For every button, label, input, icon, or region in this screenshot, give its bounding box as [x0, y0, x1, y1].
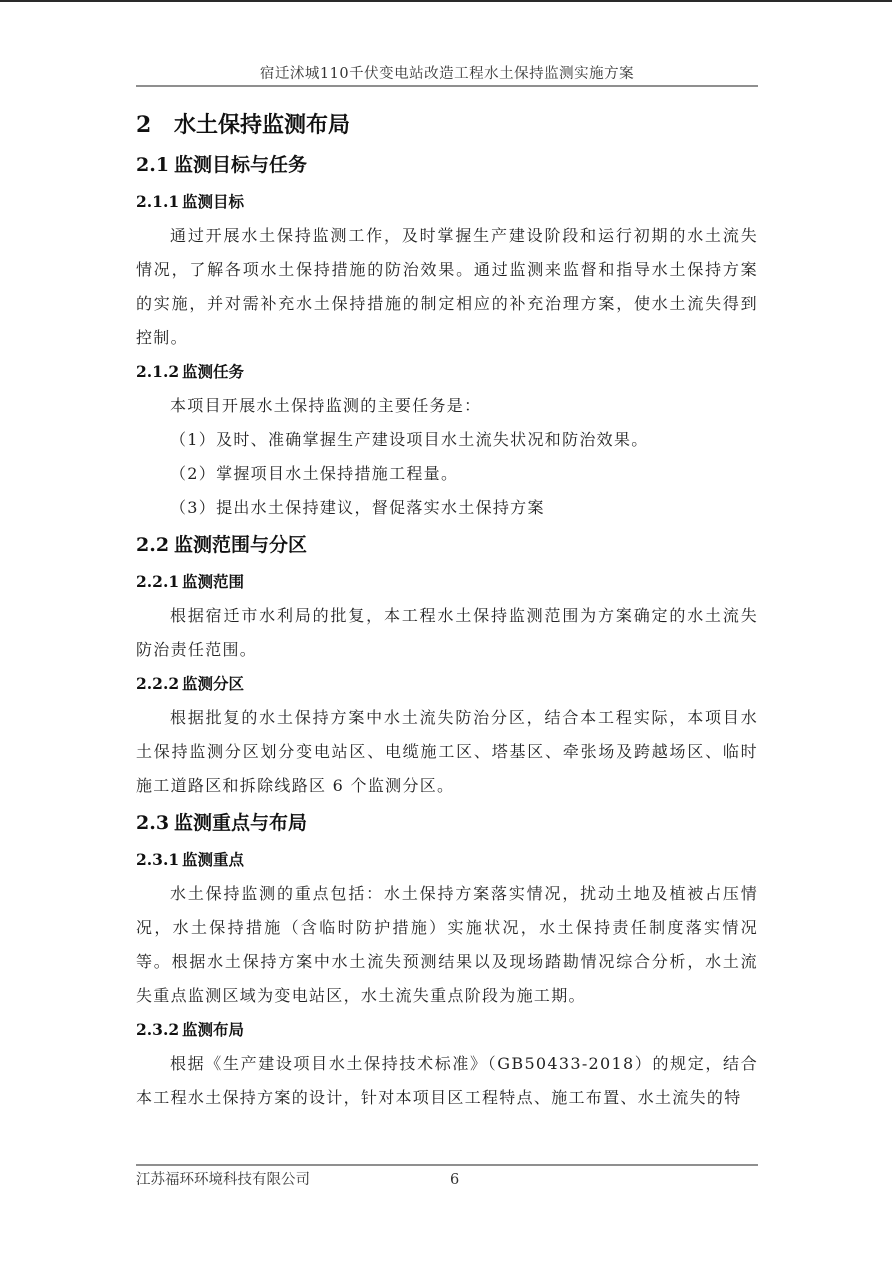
- page-number: 6: [450, 1170, 459, 1190]
- page-top-border: [0, 0, 892, 2]
- subsection-heading-2-1-2: 2.1.2监测任务: [136, 355, 758, 389]
- task-list-item: （1）及时、准确掌握生产建设项目水土流失状况和防治效果。: [136, 423, 758, 457]
- footer-company-name: 江苏福环环境科技有限公司: [136, 1170, 310, 1190]
- subsection-title: 监测分区: [182, 674, 244, 693]
- paragraph-task-intro: 本项目开展水土保持监测的主要任务是：: [136, 389, 758, 423]
- task-list-item: （2）掌握项目水土保持措施工程量。: [136, 457, 758, 491]
- subsection-number: 2.3.1: [136, 843, 182, 877]
- chapter-title: 水土保持监测布局: [174, 112, 350, 138]
- chapter-heading: 2水土保持监测布局: [136, 105, 758, 145]
- subsection-title: 监测范围: [182, 572, 244, 591]
- subsection-title: 监测任务: [182, 362, 244, 381]
- section-number: 2.2: [136, 525, 174, 565]
- subsection-heading-2-2-1: 2.2.1监测范围: [136, 565, 758, 599]
- subsection-number: 2.1.2: [136, 355, 182, 389]
- subsection-title: 监测目标: [182, 192, 244, 211]
- footer-rule: [136, 1164, 758, 1166]
- subsection-number: 2.2.2: [136, 667, 182, 701]
- section-title: 监测范围与分区: [174, 534, 307, 556]
- header-rule: [136, 85, 758, 87]
- subsection-title: 监测重点: [182, 850, 244, 869]
- section-heading-2-1: 2.1监测目标与任务: [136, 145, 758, 185]
- page-content: 2水土保持监测布局 2.1监测目标与任务 2.1.1监测目标 通过开展水土保持监…: [136, 105, 758, 1115]
- section-number: 2.1: [136, 145, 174, 185]
- chapter-number: 2: [136, 105, 174, 145]
- paragraph-monitoring-focus: 水土保持监测的重点包括：水土保持方案落实情况，扰动土地及植被占压情况，水土保持措…: [136, 877, 758, 1013]
- task-list-item: （3）提出水土保持建议，督促落实水土保持方案: [136, 491, 758, 525]
- paragraph-monitoring-goal: 通过开展水土保持监测工作，及时掌握生产建设阶段和运行初期的水土流失情况，了解各项…: [136, 219, 758, 355]
- subsection-title: 监测布局: [182, 1020, 244, 1039]
- paragraph-monitoring-layout: 根据《生产建设项目水土保持技术标准》（GB50433-2018）的规定，结合本工…: [136, 1047, 758, 1115]
- subsection-heading-2-3-1: 2.3.1监测重点: [136, 843, 758, 877]
- section-title: 监测重点与布局: [174, 812, 307, 834]
- running-header: 宿迁沭城110千伏变电站改造工程水土保持监测实施方案: [136, 64, 758, 84]
- subsection-heading-2-1-1: 2.1.1监测目标: [136, 185, 758, 219]
- section-title: 监测目标与任务: [174, 154, 307, 176]
- section-heading-2-2: 2.2监测范围与分区: [136, 525, 758, 565]
- subsection-number: 2.2.1: [136, 565, 182, 599]
- paragraph-monitoring-zones: 根据批复的水土保持方案中水土流失防治分区，结合本工程实际，本项目水土保持监测分区…: [136, 701, 758, 803]
- paragraph-monitoring-scope: 根据宿迁市水利局的批复，本工程水土保持监测范围为方案确定的水土流失防治责任范围。: [136, 599, 758, 667]
- subsection-heading-2-3-2: 2.3.2监测布局: [136, 1013, 758, 1047]
- section-heading-2-3: 2.3监测重点与布局: [136, 803, 758, 843]
- subsection-number: 2.3.2: [136, 1013, 182, 1047]
- subsection-heading-2-2-2: 2.2.2监测分区: [136, 667, 758, 701]
- subsection-number: 2.1.1: [136, 185, 182, 219]
- section-number: 2.3: [136, 803, 174, 843]
